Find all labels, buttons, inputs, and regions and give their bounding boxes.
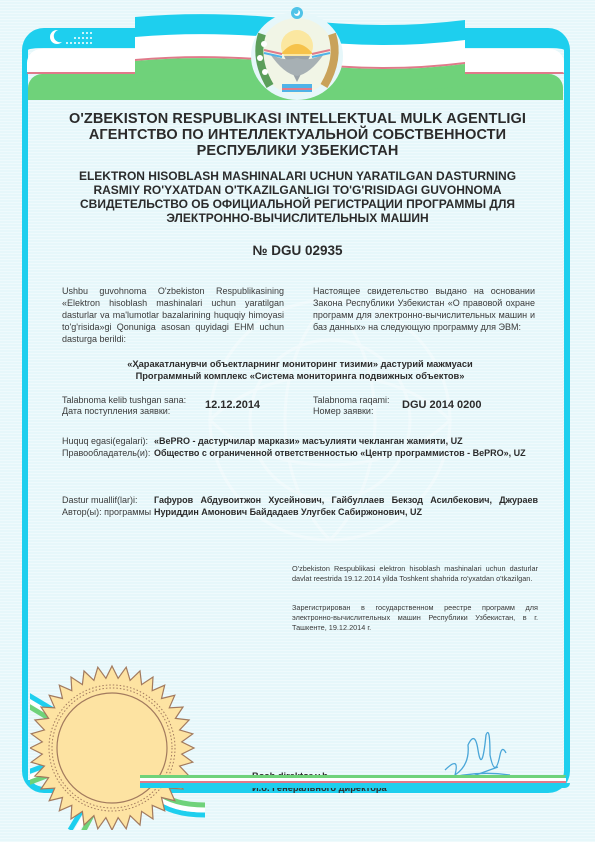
agency-name-uz: O'ZBEKISTON RESPUBLIKASI INTELLEKTUAL MU… [40, 111, 555, 127]
registry-note-uz: O'zbekiston Respublikasi elektron hisobl… [292, 564, 538, 584]
certificate-title-ru-line1: СВИДЕТЕЛЬСТВО ОБ ОФИЦИАЛЬНОЙ РЕГИСТРАЦИИ… [40, 197, 555, 211]
rights-holder-label-ru: Правообладатель(и): [62, 447, 150, 459]
program-name-uz: «Ҳаракатланувчи объектларнинг мониторинг… [60, 358, 540, 370]
application-number-label-ru: Номер заявки: [313, 405, 373, 417]
certificate-title-uz-line1: ELEKTRON HISOBLASH MASHINALARI UCHUN YAR… [40, 169, 555, 183]
authors-value: Гафуров Абдувоитжон Хусейнович, Гайбулла… [154, 494, 538, 518]
certificate-title-ru-line2: ЭЛЕКТРОННО-ВЫЧИСЛИТЕЛЬНЫХ МАШИН [40, 211, 555, 225]
agency-name-ru-line1: АГЕНТСТВО ПО ИНТЕЛЛЕКТУАЛЬНОЙ СОБСТВЕННО… [40, 127, 555, 143]
rights-holder-label-uz: Huquq egasi(egalari): [62, 435, 148, 447]
intro-text-uz: Ushbu guvohnoma O'zbekiston Respublikasi… [62, 285, 284, 345]
authors-label-ru: Автор(ы): программы [62, 506, 151, 518]
rights-holder-value-uz: «BePRO - дастурчилар маркази» масъулияти… [154, 435, 538, 447]
rights-holder-value-ru: Общество с ограниченной ответственностью… [154, 447, 538, 459]
application-number-value: DGU 2014 0200 [402, 399, 482, 411]
state-emblem-icon [240, 4, 354, 100]
intro-text-ru: Настоящее свидетельство выдано на основа… [313, 285, 535, 333]
program-name-ru: Программный комплекс «Система мониторинг… [60, 370, 540, 382]
agency-name-ru-line2: РЕСПУБЛИКИ УЗБЕКИСТАН [40, 143, 555, 159]
certificate-number: № DGU 02935 [40, 243, 555, 258]
certificate-title-uz-line2: RASMIY RO'YXATDAN O'TKAZILGANLIGI TO'G'R… [40, 183, 555, 197]
flag-stripes-bottom [140, 775, 570, 793]
application-date-label-ru: Дата поступления заявки: [62, 405, 170, 417]
authors-label-uz: Dastur muallif(lar)i: [62, 494, 138, 506]
stars-icon [63, 30, 93, 46]
gold-seal-icon [30, 650, 205, 830]
registry-note-ru: Зарегистрирован в государственном реестр… [292, 603, 538, 633]
application-date-value: 12.12.2014 [205, 399, 260, 411]
